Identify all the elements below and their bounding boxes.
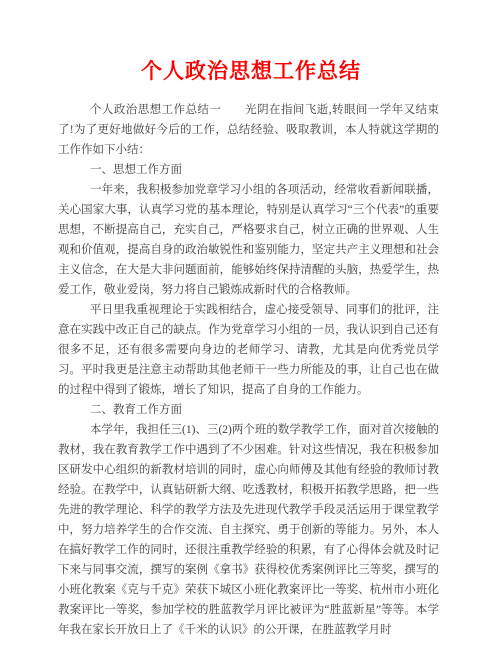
section-heading-education-work: 二、教育工作方面: [58, 400, 439, 420]
paragraph-education-work: 本学年，我担任三(1)、三(2)两个班的数学教学工作，面对首次接触的教材，我在教…: [58, 420, 439, 640]
paragraph-thought-work-1: 一年来，我积极参加党章学习小组的各项活动，经常收看新闻联播，关心国家大事，认真学…: [58, 180, 439, 300]
paragraph-intro: 个人政治思想工作总结一 光阴在指间飞逝,转眼间一学年又结束了!为了更好地做好今后…: [58, 100, 439, 160]
paragraph-thought-work-2: 平日里我重视理论于实践相结合，虚心接受领导、同事们的批评，注意在实践中改正自己的…: [58, 300, 439, 400]
document-title: 个人政治思想工作总结: [0, 57, 502, 87]
section-heading-thought-work: 一、思想工作方面: [58, 160, 439, 180]
document-body: 个人政治思想工作总结一 光阴在指间飞逝,转眼间一学年又结束了!为了更好地做好今后…: [58, 100, 439, 640]
document-page: 个人政治思想工作总结 个人政治思想工作总结一 光阴在指间飞逝,转眼间一学年又结束…: [0, 0, 502, 649]
